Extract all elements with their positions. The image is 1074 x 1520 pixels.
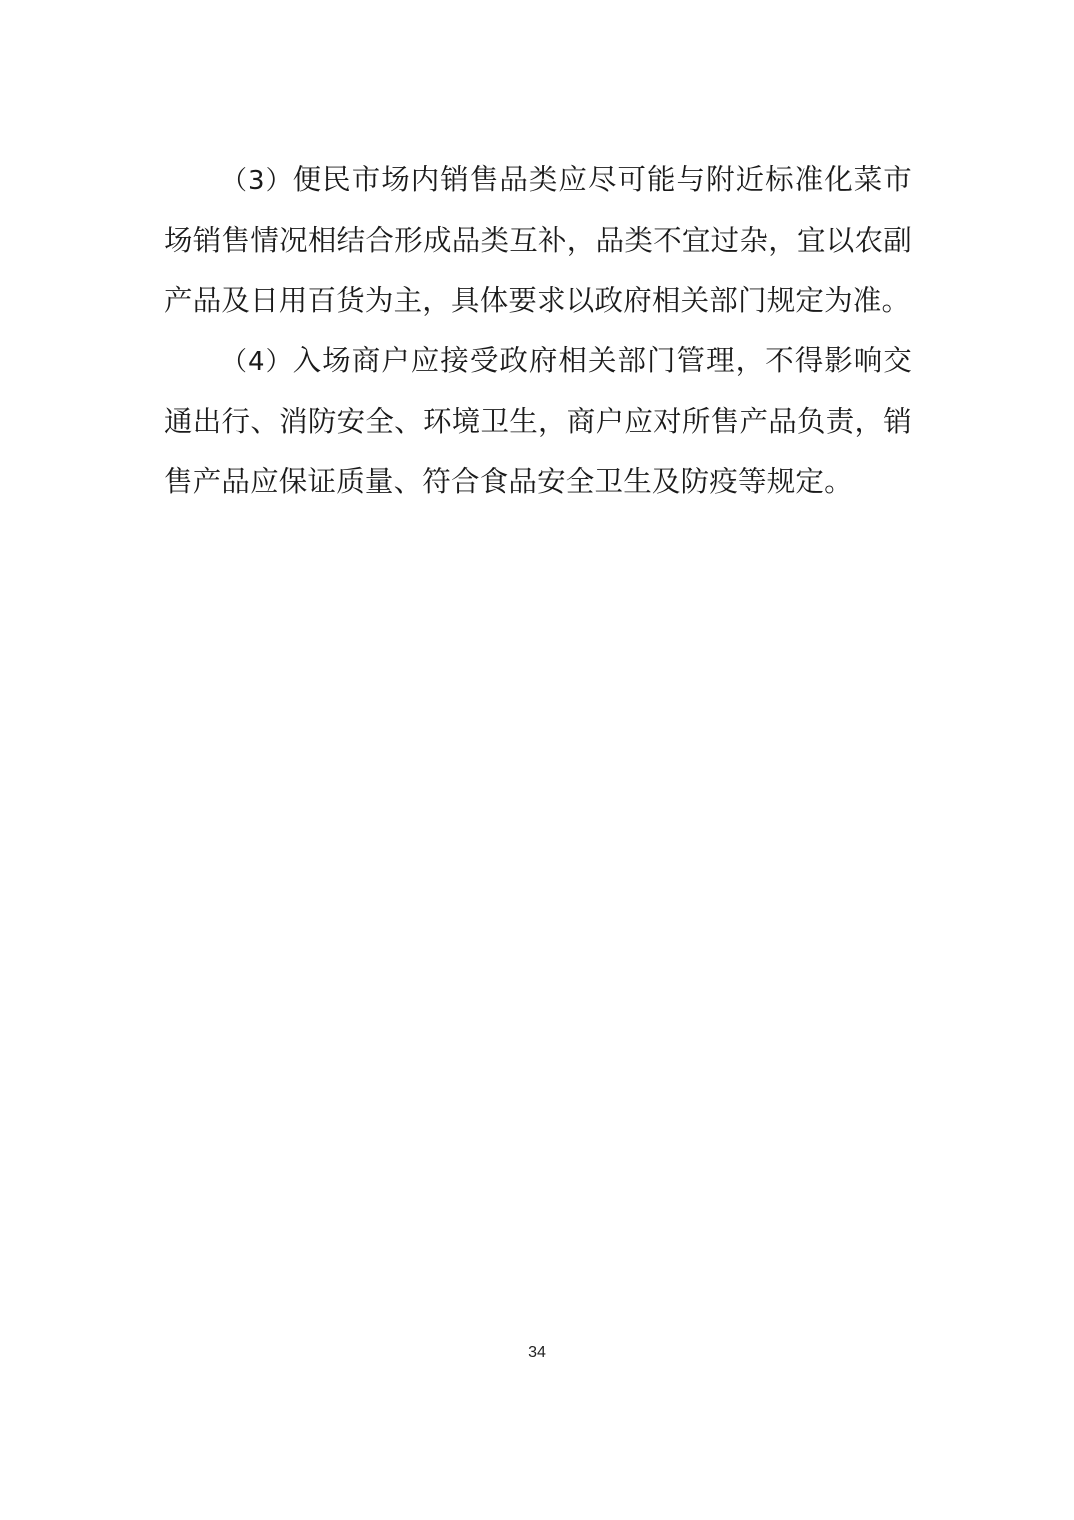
paragraph-item-4: （4）入场商户应接受政府相关部门管理，不得影响交通出行、消防安全、环境卫生，商户… (164, 331, 912, 512)
paragraph-marker: （3） (221, 166, 293, 196)
paragraph-marker: （4） (221, 347, 293, 377)
document-page: （3）便民市场内销售品类应尽可能与附近标准化菜市场销售情况相结合形成品类互补，品… (0, 0, 1074, 1520)
page-number: 34 (0, 1344, 1074, 1362)
body-text: （3）便民市场内销售品类应尽可能与附近标准化菜市场销售情况相结合形成品类互补，品… (164, 150, 912, 512)
paragraph-item-3: （3）便民市场内销售品类应尽可能与附近标准化菜市场销售情况相结合形成品类互补，品… (164, 150, 912, 331)
